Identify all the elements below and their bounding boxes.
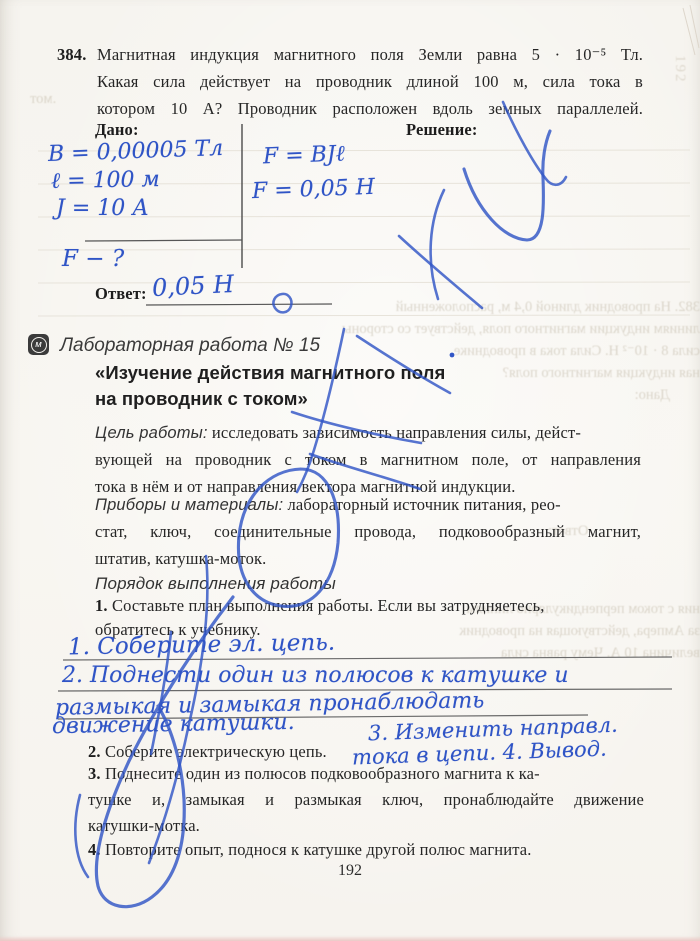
handwritten-given-I: J = 10 А <box>56 198 149 220</box>
handwritten-answer: 0,05 Н <box>151 272 234 300</box>
step-text: Поднесите один из полюсов подковообразно… <box>105 764 540 783</box>
ghost-line: величина 10 А. Чему равна сила <box>478 642 700 664</box>
scan-edge <box>0 936 700 941</box>
step-text: Соберите электрическую цепь. <box>105 742 327 761</box>
method-badge: м <box>28 334 49 355</box>
goal-label: Цель работы: <box>95 424 208 442</box>
ghost-line: ная индукция магнитного поля? <box>438 362 700 384</box>
step-text: катушки-мотка. <box>88 818 200 835</box>
procedure-title: Порядок выполнения работы <box>95 575 336 592</box>
step-text: Повторите опыт, поднося к катушке другой… <box>105 840 532 859</box>
ghost-line: линиям индукции магнитного поля, действу… <box>438 318 700 340</box>
ghost-line: сила 8 · 10⁻² Н. Сила тока в проводнике <box>438 340 700 362</box>
ghost-line: Дано: <box>438 384 700 406</box>
step-number: 2. <box>88 742 101 761</box>
lab-work-subtitle: на проводник с током» <box>95 388 308 410</box>
handwritten-given-l: ℓ = 100 м <box>51 169 160 193</box>
step-text: Составьте план выполнения работы. Если в… <box>112 596 545 615</box>
handwritten-result: F = 0,05 Н <box>252 177 376 203</box>
problem-text-line: котором 10 А? Проводник расположен вдоль… <box>97 101 643 118</box>
equipment-text: лабораторный источник питания, рео- <box>288 495 561 514</box>
equipment-text: штатив, катушка-моток. <box>95 551 266 568</box>
step-number: 4. <box>88 840 101 859</box>
step-text: тушке и, замыкая и размыкая ключ, пронаб… <box>88 792 644 809</box>
ghost-page-tab: 192 <box>671 55 688 84</box>
equipment-text: стат, ключ, соединительные провода, подк… <box>95 524 641 541</box>
page-number: 192 <box>0 862 700 880</box>
ghost-block-right: 382. На проводник длиной 0,4 м, располож… <box>438 296 700 406</box>
problem-text-line: Магнитная индукция магнитного поля Земли… <box>97 47 643 64</box>
lab-work-title: Лабораторная работа № 15 <box>60 335 320 357</box>
handwritten-given-B: B = 0,00005 Тл <box>48 138 224 166</box>
given-label: Дано: <box>95 122 139 139</box>
method-badge-letter: м <box>31 337 47 353</box>
lab-work-subtitle: «Изучение действия магнитного поля <box>95 362 445 384</box>
handwritten-find-F: F − ? <box>62 248 124 271</box>
ghost-line: 382. На проводник длиной 0,4 м, располож… <box>438 296 700 318</box>
problem-text-line: Какая сила действует на проводник длиной… <box>97 74 643 91</box>
answer-label: Ответ: <box>95 286 147 303</box>
goal-text: тока в нём и от направления вектора магн… <box>95 479 516 496</box>
scanned-workbook-page: .мот 192 382. На проводник длиной 0,4 м,… <box>0 0 700 941</box>
goal-text: вующей на проводник с током в магнитном … <box>95 452 641 469</box>
handwritten-note-1: 1. Соберите эл. цепь. <box>68 632 335 660</box>
handwritten-formula: F = BJℓ <box>263 144 346 169</box>
equipment-label: Приборы и материалы: <box>95 496 283 514</box>
handwritten-note-2: 2. Поднести один из полюсов к катушке и <box>62 665 569 687</box>
step-number: 1. <box>95 596 108 615</box>
ghost-line: за Ампера, действующая на проводник <box>478 620 700 642</box>
ghost-text-top-left: .мот <box>30 88 56 110</box>
handwritten-note-4: движение катушки. <box>52 712 295 738</box>
solution-label: Решение: <box>406 122 477 139</box>
step-number: 3. <box>88 764 101 783</box>
goal-text: исследовать зависимость направления силы… <box>212 423 581 442</box>
problem-number: 384. <box>57 47 86 64</box>
